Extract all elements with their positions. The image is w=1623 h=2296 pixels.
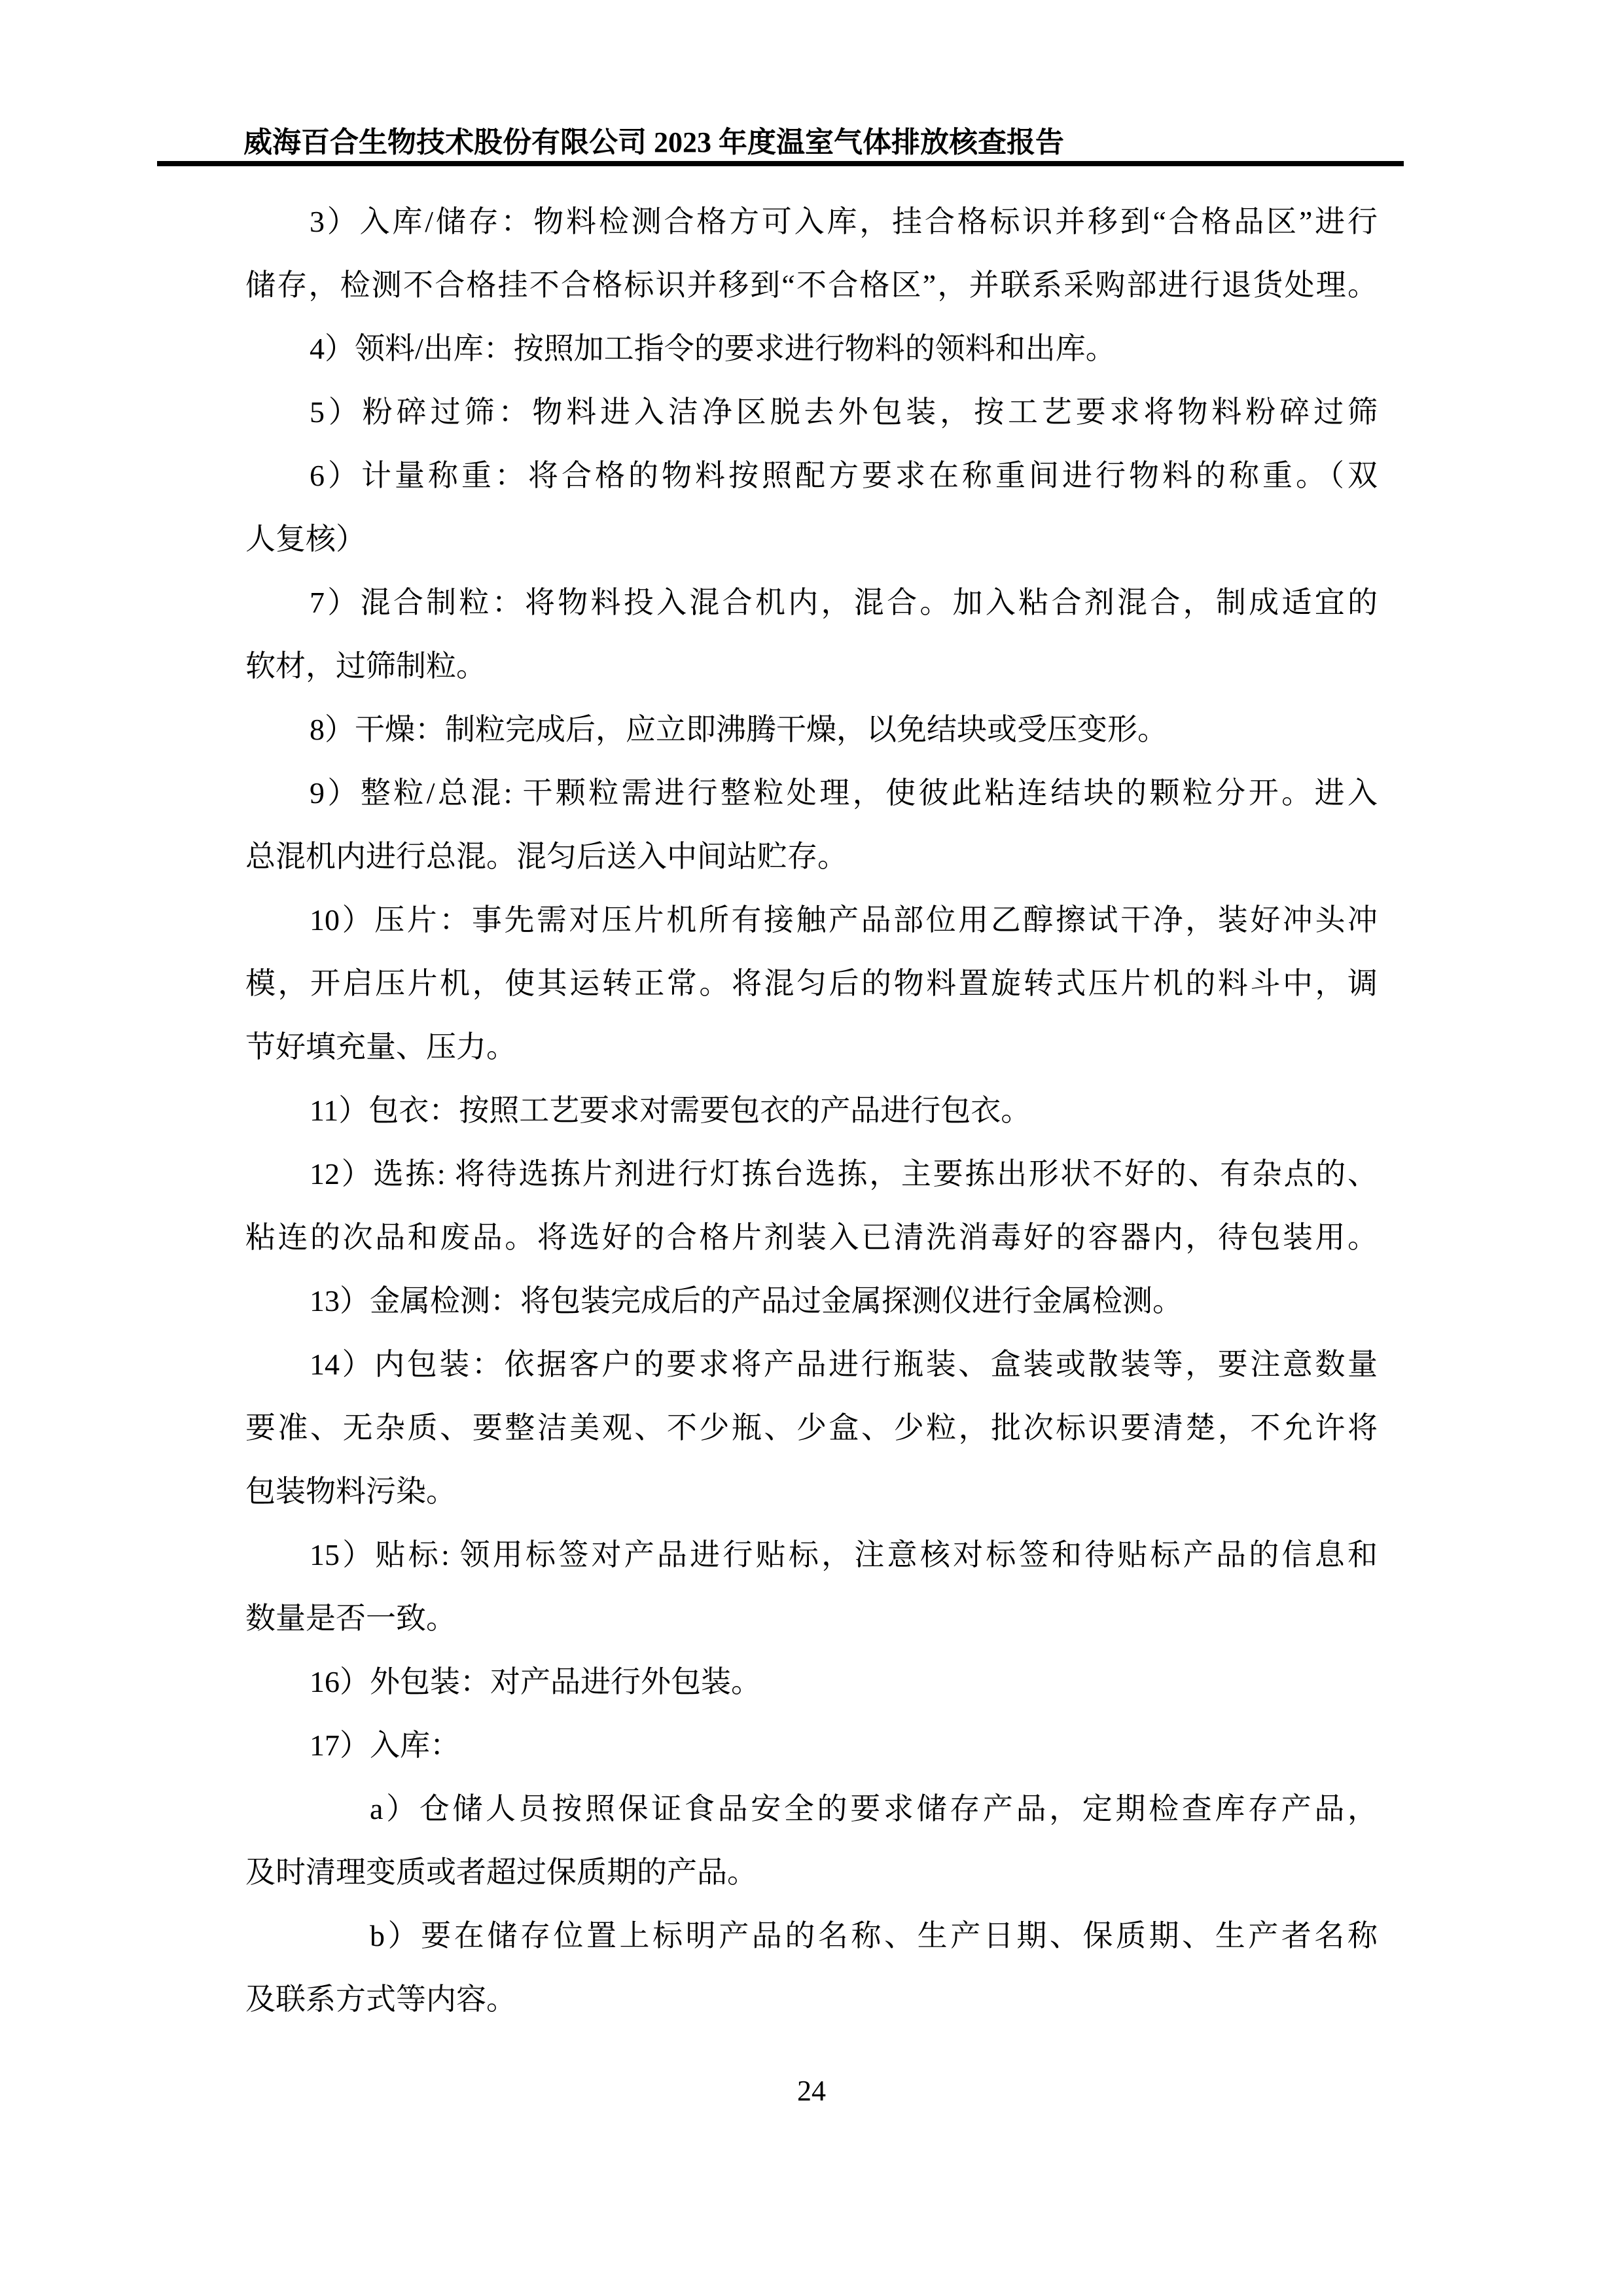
text-line: b）要在储存位置上标明产品的名称、生产日期、保质期、生产者名称: [245, 1904, 1378, 1967]
text-line: 7）混合制粒：将物料投入混合机内，混合。加入粘合剂混合，制成适宜的: [245, 571, 1378, 634]
text-line: 3）入库/储存：物料检测合格方可入库，挂合格标识并移到“合格品区”进行: [245, 190, 1378, 253]
document-page: 威海百合生物技术股份有限公司 2023 年度温室气体排放核查报告 3）入库/储存…: [0, 0, 1623, 2296]
text-line: 及时清理变质或者超过保质期的产品。: [245, 1840, 1378, 1904]
text-line: 人复核）: [245, 507, 1378, 571]
text-line: 13）金属检测：将包装完成后的产品过金属探测仪进行金属检测。: [245, 1269, 1378, 1333]
header-title: 威海百合生物技术股份有限公司 2023 年度温室气体排放核查报告: [243, 124, 1064, 161]
text-line: 12）选拣: 将待选拣片剂进行灯拣台选拣，主要拣出形状不好的、有杂点的、: [245, 1142, 1378, 1206]
text-line: 粘连的次品和废品。将选好的合格片剂装入已清洗消毒好的容器内，待包装用。: [245, 1206, 1378, 1269]
text-line: 要准、无杂质、要整洁美观、不少瓶、少盒、少粒，批次标识要清楚，不允许将: [245, 1396, 1378, 1460]
text-line: 4）领料/出库：按照加工指令的要求进行物料的领料和出库。: [245, 317, 1378, 380]
text-line: 总混机内进行总混。混匀后送入中间站贮存。: [245, 825, 1378, 888]
text-line: 模，开启压片机，使其运转正常。将混匀后的物料置旋转式压片机的料斗中，调: [245, 952, 1378, 1015]
text-line: 10）压片：事先需对压片机所有接触产品部位用乙醇擦试干净，装好冲头冲: [245, 888, 1378, 952]
text-line: 包装物料污染。: [245, 1460, 1378, 1523]
text-line: 11）包衣：按照工艺要求对需要包衣的产品进行包衣。: [245, 1079, 1378, 1142]
text-line: 节好填充量、压力。: [245, 1015, 1378, 1079]
text-line: 5）粉碎过筛：物料进入洁净区脱去外包装，按工艺要求将物料粉碎过筛: [245, 380, 1378, 444]
text-line: 6）计量称重：将合格的物料按照配方要求在称重间进行物料的称重。（双: [245, 444, 1378, 507]
text-line: 8）干燥：制粒完成后，应立即沸腾干燥，以免结块或受压变形。: [245, 698, 1378, 761]
text-line: 储存，检测不合格挂不合格标识并移到“不合格区”，并联系采购部进行退货处理。: [245, 253, 1378, 317]
text-line: 16）外包装：对产品进行外包装。: [245, 1650, 1378, 1713]
document-body: 3）入库/储存：物料检测合格方可入库，挂合格标识并移到“合格品区”进行 储存，检…: [245, 190, 1378, 2031]
text-line: a）仓储人员按照保证食品安全的要求储存产品，定期检查库存产品，: [245, 1777, 1378, 1840]
text-line: 15）贴标: 领用标签对产品进行贴标，注意核对标签和待贴标产品的信息和: [245, 1523, 1378, 1587]
page-number: 24: [245, 2072, 1378, 2111]
text-line: 数量是否一致。: [245, 1587, 1378, 1650]
text-line: 17）入库：: [245, 1713, 1378, 1777]
text-line: 及联系方式等内容。: [245, 1967, 1378, 2031]
text-line: 软材，过筛制粒。: [245, 634, 1378, 698]
text-line: 9）整粒/总混: 干颗粒需进行整粒处理，使彼此粘连结块的颗粒分开。进入: [245, 761, 1378, 825]
header-rule: [157, 161, 1404, 166]
text-line: 14）内包装：依据客户的要求将产品进行瓶装、盒装或散装等，要注意数量: [245, 1333, 1378, 1396]
